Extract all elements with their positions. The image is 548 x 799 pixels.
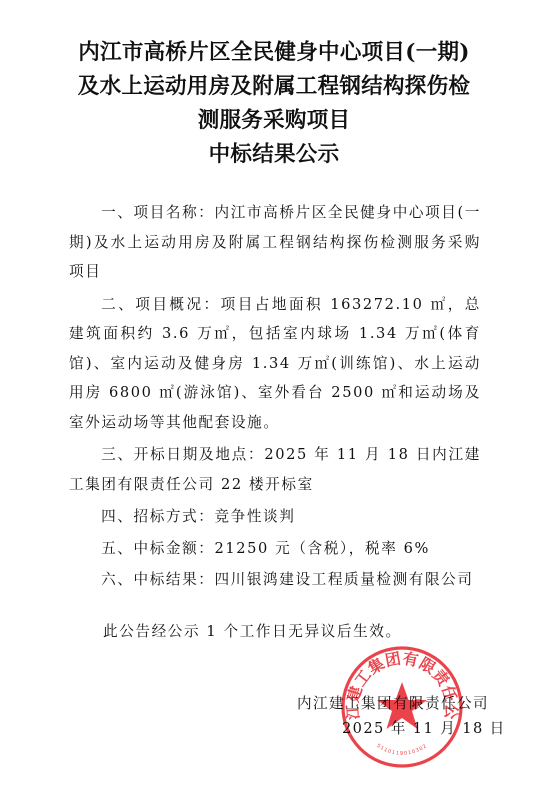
section-project-overview: 二、项目概况：项目占地面积 163272.10 ㎡，总建筑面积约 3.6 万㎡，… (69, 290, 481, 438)
seal-code: 5110119010302 (375, 743, 428, 757)
document-title: 内江市高桥片区全民健身中心项目(一期) 及水上运动用房及附属工程钢结构探伤检 测… (0, 36, 548, 172)
section-opening-date-location: 三、开标日期及地点：2025 年 11 月 18 日内江建工集团有限责任公司 2… (69, 440, 481, 499)
section-bid-result: 六、中标结果：四川银鸿建设工程质量检测有限公司 (69, 565, 481, 595)
title-line-3: 测服务采购项目 (0, 104, 548, 138)
section-label: 二、项目概况： (101, 296, 221, 313)
svg-text:5110119010302: 5110119010302 (375, 743, 428, 757)
section-label: 六、中标结果： (101, 571, 214, 588)
section-text: 四川银鸿建设工程质量检测有限公司 (214, 571, 473, 588)
company-seal-icon: 内江建工集团有限责任公司 5110119010302 (339, 644, 465, 770)
effective-notice: 此公告经公示 1 个工作日无异议后生效。 (103, 620, 402, 641)
section-bid-amount: 五、中标金额：21250 元（含税），税率 6% (69, 534, 481, 564)
section-text: 项目占地面积 163272.10 ㎡，总建筑面积约 3.6 万㎡，包括室内球场 … (69, 296, 481, 431)
title-line-1: 内江市高桥片区全民健身中心项目(一期) (0, 36, 548, 70)
section-text: 21250 元（含税），税率 6% (214, 540, 430, 557)
section-bidding-method: 四、招标方式：竞争性谈判 (69, 502, 481, 532)
title-line-4: 中标结果公示 (0, 138, 548, 172)
section-label: 四、招标方式： (101, 508, 214, 525)
title-line-2: 及水上运动用房及附属工程钢结构探伤检 (0, 70, 548, 104)
section-project-name: 一、项目名称：内江市高桥片区全民健身中心项目(一期)及水上运动用房及附属工程钢结… (69, 198, 481, 287)
section-label: 一、项目名称： (101, 204, 214, 221)
document-body: 一、项目名称：内江市高桥片区全民健身中心项目(一期)及水上运动用房及附属工程钢结… (69, 198, 481, 597)
section-text: 竞争性谈判 (214, 508, 295, 525)
section-label: 五、中标金额： (101, 540, 214, 557)
section-label: 三、开标日期及地点： (101, 446, 264, 463)
